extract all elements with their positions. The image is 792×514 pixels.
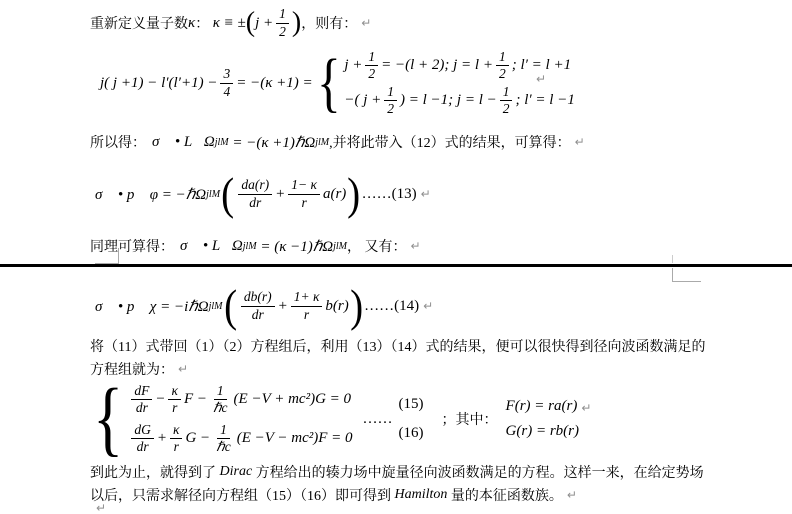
paragraph-mark-icon: ↵ xyxy=(581,401,591,415)
fraction-one-half: 12 xyxy=(384,84,397,117)
definition-F: F(r) = ra(r)↵ xyxy=(506,398,592,415)
equation-13: σ⃗ • p⃗ φ = −ℏΩjlM ( da(r)dr + 1− κr a(r… xyxy=(95,167,431,221)
equation-15-row: dFdr − κr F − 1ℏc (E −V + mc²)G = 0 xyxy=(128,383,352,416)
paragraph-conclusion-line2: 以后，只需求解径向方程组（15）（16）即可得到 Hamilton 量的本征函数… xyxy=(90,484,577,506)
paragraph-therefore: 所以得：σ⃗ • L⃗ΩjlM = −(κ +1)ℏΩjlM,并将此带入（12）… xyxy=(90,127,585,157)
text-boundary-mark xyxy=(672,255,673,263)
subscript-jlM: jlM xyxy=(333,241,347,252)
subscript-jlM: jlM xyxy=(215,137,229,148)
paragraph-mark-icon: ↵ xyxy=(421,187,431,201)
fraction-three-quarters: 34 xyxy=(220,66,233,99)
paragraph-substitute-line1: 将（11）式带回（1）（2）方程组后，利用（13）（14）式的结果，便可以很快得… xyxy=(90,335,705,357)
fraction-1-minus-kappa-over-r: 1− κr xyxy=(288,177,320,210)
p1-j: j + xyxy=(255,15,273,32)
word-hamilton: Hamilton xyxy=(395,487,448,503)
paragraph-conclusion-line1: 到此为止，就得到了 Dirac 方程给出的辏力场中旋量径向波函数满足的方程。这样… xyxy=(90,461,704,483)
fraction-kappa-over-r: κr xyxy=(168,383,180,416)
system-rows: dFdr − κr F − 1ℏc (E −V + mc²)G = 0 dGdr… xyxy=(128,383,352,456)
paragraph-mark-icon: ↵ xyxy=(536,72,546,86)
eq2-case-2: −( j +12) = l −1; j = l −12; l′ = l −1 xyxy=(344,84,575,117)
paragraph-mark-icon: ↵ xyxy=(411,239,421,253)
fraction-db-dr: db(r)dr xyxy=(241,289,275,322)
fraction-dG-dr: dGdr xyxy=(131,422,154,455)
p1-colon: ： xyxy=(195,13,213,33)
equation-number-15: (15) xyxy=(399,396,424,413)
p3-text-pre: 所以得： xyxy=(90,132,146,152)
paragraph-mark-icon: ↵ xyxy=(567,488,577,502)
fraction-one-half: 12 xyxy=(365,49,378,82)
paragraph-mark-icon: ↵ xyxy=(423,299,433,313)
subscript-jlM: jlM xyxy=(209,301,223,312)
page-break-line xyxy=(0,264,792,267)
document-page: 重新定义量子数κ： κ ≡ ±(j +12)，则有：↵ j( j +1) − l… xyxy=(0,0,792,514)
fraction-one-half: 12 xyxy=(276,6,289,39)
paragraph-similarly: 同理可算得：σ⃗ • L⃗ΩjlM = (κ −1)ℏΩjlM， 又有：↵ xyxy=(90,231,421,261)
system-where-label: ；其中： xyxy=(442,409,498,429)
equation-kappa-cases: j( j +1) − l′(l′+1) −34= −(κ +1) = { j +… xyxy=(100,47,575,119)
p1-text-pre: 重新定义量子数 xyxy=(90,13,188,33)
subscript-jlM: jlM xyxy=(206,189,220,200)
eq2-mid: = −(κ +1) = xyxy=(236,75,312,92)
paragraph-mark-icon: ↵ xyxy=(96,501,106,514)
fraction-kappa-over-r: κr xyxy=(170,422,182,455)
text-boundary-mark xyxy=(672,268,701,282)
fraction-one-half: 12 xyxy=(500,84,513,117)
where-definitions: F(r) = ra(r)↵ G(r) = rb(r) xyxy=(506,398,592,440)
fraction-dF-dr: dFdr xyxy=(131,383,152,416)
subscript-jlM: jlM xyxy=(243,241,257,252)
paragraph-mark-icon: ↵ xyxy=(575,135,585,149)
ellipsis-dots: …… xyxy=(363,411,393,428)
subscript-jlM: jlM xyxy=(315,137,329,148)
p1-math-lead: κ ≡ ± xyxy=(213,15,246,32)
eq14-number: ……(14) xyxy=(364,298,419,315)
fraction-one-half: 12 xyxy=(496,49,509,82)
word-dirac: Dirac xyxy=(220,464,253,480)
equation-16-row: dGdr + κr G − 1ℏc (E −V − mc²)F = 0 xyxy=(128,422,352,455)
definition-G: G(r) = rb(r) xyxy=(506,423,592,440)
fraction-1-plus-kappa-over-r: 1+ κr xyxy=(291,289,323,322)
paragraph-redefine-kappa: 重新定义量子数κ： κ ≡ ±(j +12)，则有：↵ xyxy=(90,0,371,46)
paragraph-mark-icon: ↵ xyxy=(361,16,371,30)
p1-kappa: κ xyxy=(188,15,195,32)
text-boundary-mark xyxy=(95,248,119,264)
p1-text-post: ，则有： xyxy=(301,13,357,33)
equation-14: σ⃗ • p⃗ χ = −iℏΩjlM ( db(r)dr + 1+ κr b(… xyxy=(95,281,433,331)
equation-numbers: (15) (16) xyxy=(399,396,424,442)
p5-text-post: ， 又有： xyxy=(347,236,407,256)
fraction-da-dr: da(r)dr xyxy=(238,177,272,210)
equation-system-15-16: { dFdr − κr F − 1ℏc (E −V + mc²)G = 0 dG… xyxy=(88,377,591,461)
p3-text-post: ,并将此带入（12）式的结果，可算得： xyxy=(329,132,571,152)
equation-number-16: (16) xyxy=(399,425,424,442)
fraction-1-over-hbar-c: 1ℏc xyxy=(210,383,231,416)
paragraph-mark-icon: ↵ xyxy=(178,362,188,376)
eq13-number: ……(13) xyxy=(362,186,417,203)
fraction-1-over-hbar-c: 1ℏc xyxy=(213,422,234,455)
eq2-lhs: j( j +1) − l′(l′+1) − xyxy=(100,75,217,92)
